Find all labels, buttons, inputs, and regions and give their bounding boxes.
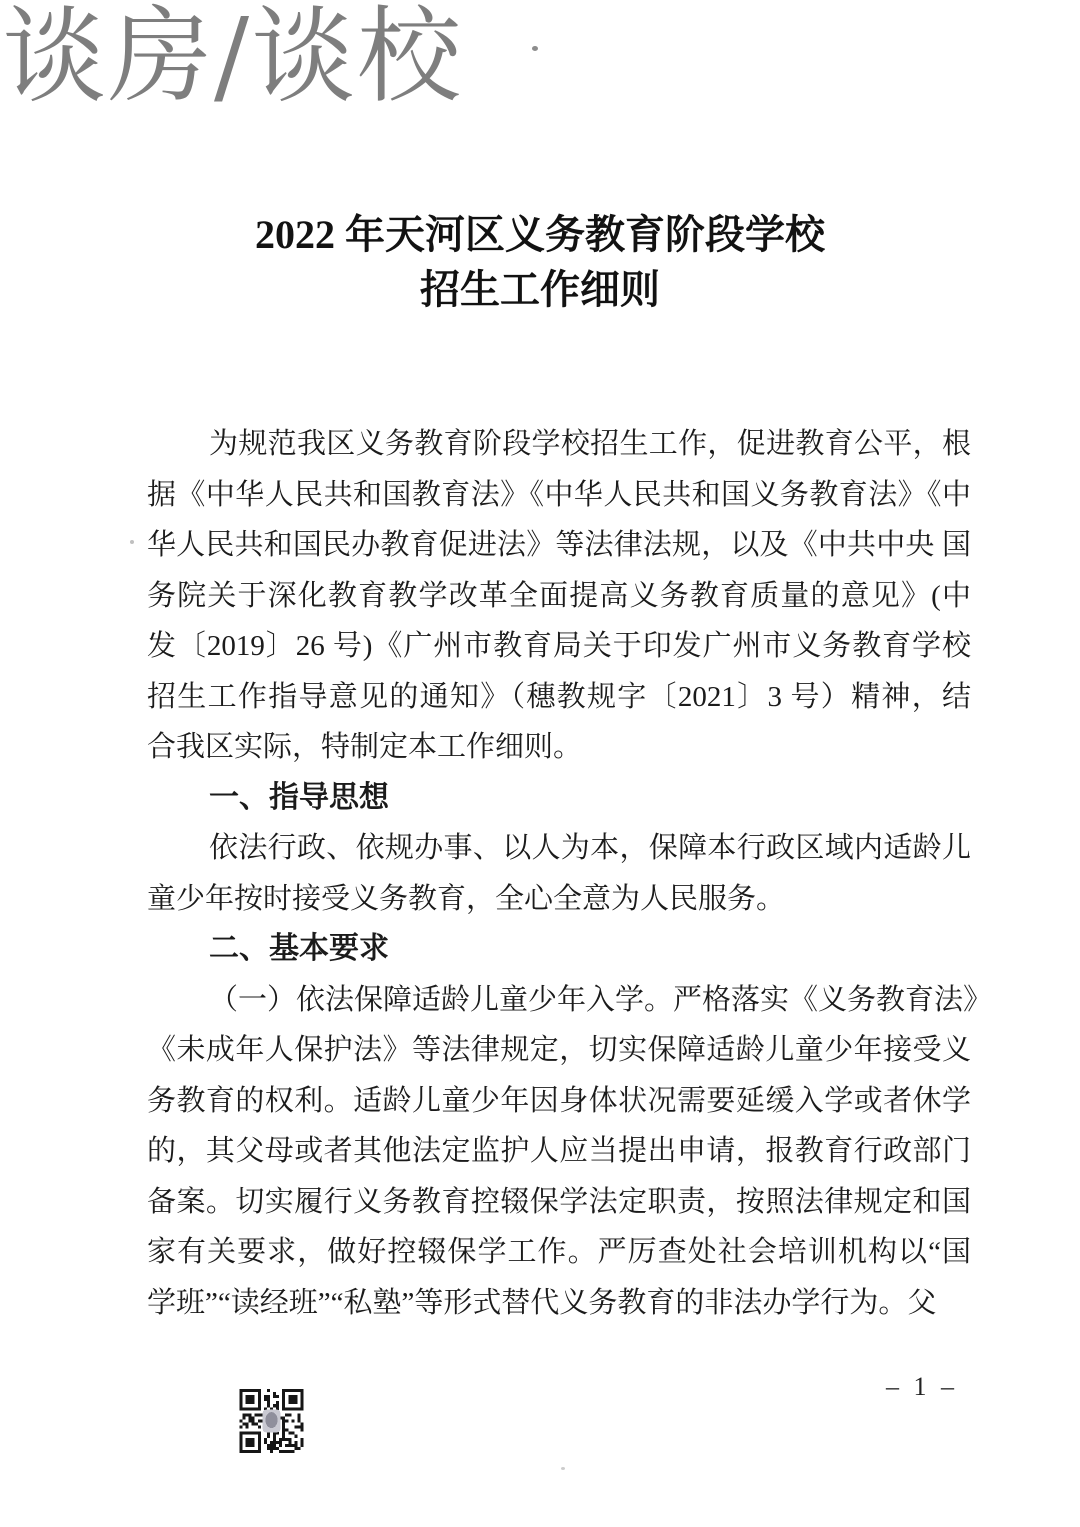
scan-artifact-dot [130, 540, 134, 544]
paragraph-line: 备案。切实履行义务教育控辍保学法定职责，按照法律规定和国 [147, 1177, 971, 1228]
scan-artifact-dot [561, 1467, 565, 1470]
title-line-1: 2022 年天河区义务教育阶段学校 [0, 207, 1080, 262]
qr-code [238, 1389, 305, 1453]
paragraph-line: （一）依法保障适龄儿童少年入学。严格落实《义务教育法》 [147, 975, 971, 1026]
scan-artifact-dot [532, 46, 538, 51]
paragraph-line: 务教育的权利。适龄儿童少年因身体状况需要延缓入学或者休学 [147, 1076, 971, 1127]
paragraph-line: 的，其父母或者其他法定监护人应当提出申请，报教育行政部门 [147, 1126, 971, 1177]
qr-code-image [238, 1389, 305, 1453]
title-line-2: 招生工作细则 [0, 262, 1080, 317]
paragraph-line: 合我区实际，特制定本工作细则。 [147, 722, 971, 773]
paragraph-line: 华人民共和国民办教育促进法》等法律法规，以及《中共中央 国 [147, 520, 971, 571]
paragraph-line: 依法行政、依规办事、以人为本，保障本行政区域内适龄儿 [147, 823, 971, 874]
paragraph-line: 务院关于深化教育教学改革全面提高义务教育质量的意见》(中 [147, 571, 971, 622]
section-heading: 一、指导思想 [147, 773, 971, 824]
paragraph-line: 据《中华人民共和国教育法》《中华人民共和国义务教育法》《中 [147, 470, 971, 521]
page-title: 2022 年天河区义务教育阶段学校 招生工作细则 [0, 207, 1080, 317]
paragraph-line: 学班”“读经班”“私塾”等形式替代义务教育的非法办学行为。父 [147, 1278, 971, 1329]
paragraph-line: 为规范我区义务教育阶段学校招生工作，促进教育公平，根 [147, 419, 971, 470]
paragraph-line: 发〔2019〕26 号)《广州市教育局关于印发广州市义务教育学校 [147, 621, 971, 672]
paragraph-line: 招生工作指导意见的通知》（穗教规字〔2021〕3 号）精神，结 [147, 672, 971, 723]
document-body: 为规范我区义务教育阶段学校招生工作，促进教育公平，根据《中华人民共和国教育法》《… [147, 419, 971, 1328]
paragraph-line: 《未成年人保护法》等法律规定，切实保障适龄儿童少年接受义 [147, 1025, 971, 1076]
page-number: – 1 – [872, 1372, 972, 1402]
section-heading: 二、基本要求 [147, 924, 971, 975]
paragraph-line: 童少年按时接受义务教育，全心全意为人民服务。 [147, 874, 971, 925]
paragraph-line: 家有关要求，做好控辍保学工作。严厉查处社会培训机构以“国 [147, 1227, 971, 1278]
watermark-text: 谈房/谈校 [2, 0, 463, 116]
document-page: { "page": { "watermark": "谈房/谈校", "title… [0, 0, 1080, 1527]
